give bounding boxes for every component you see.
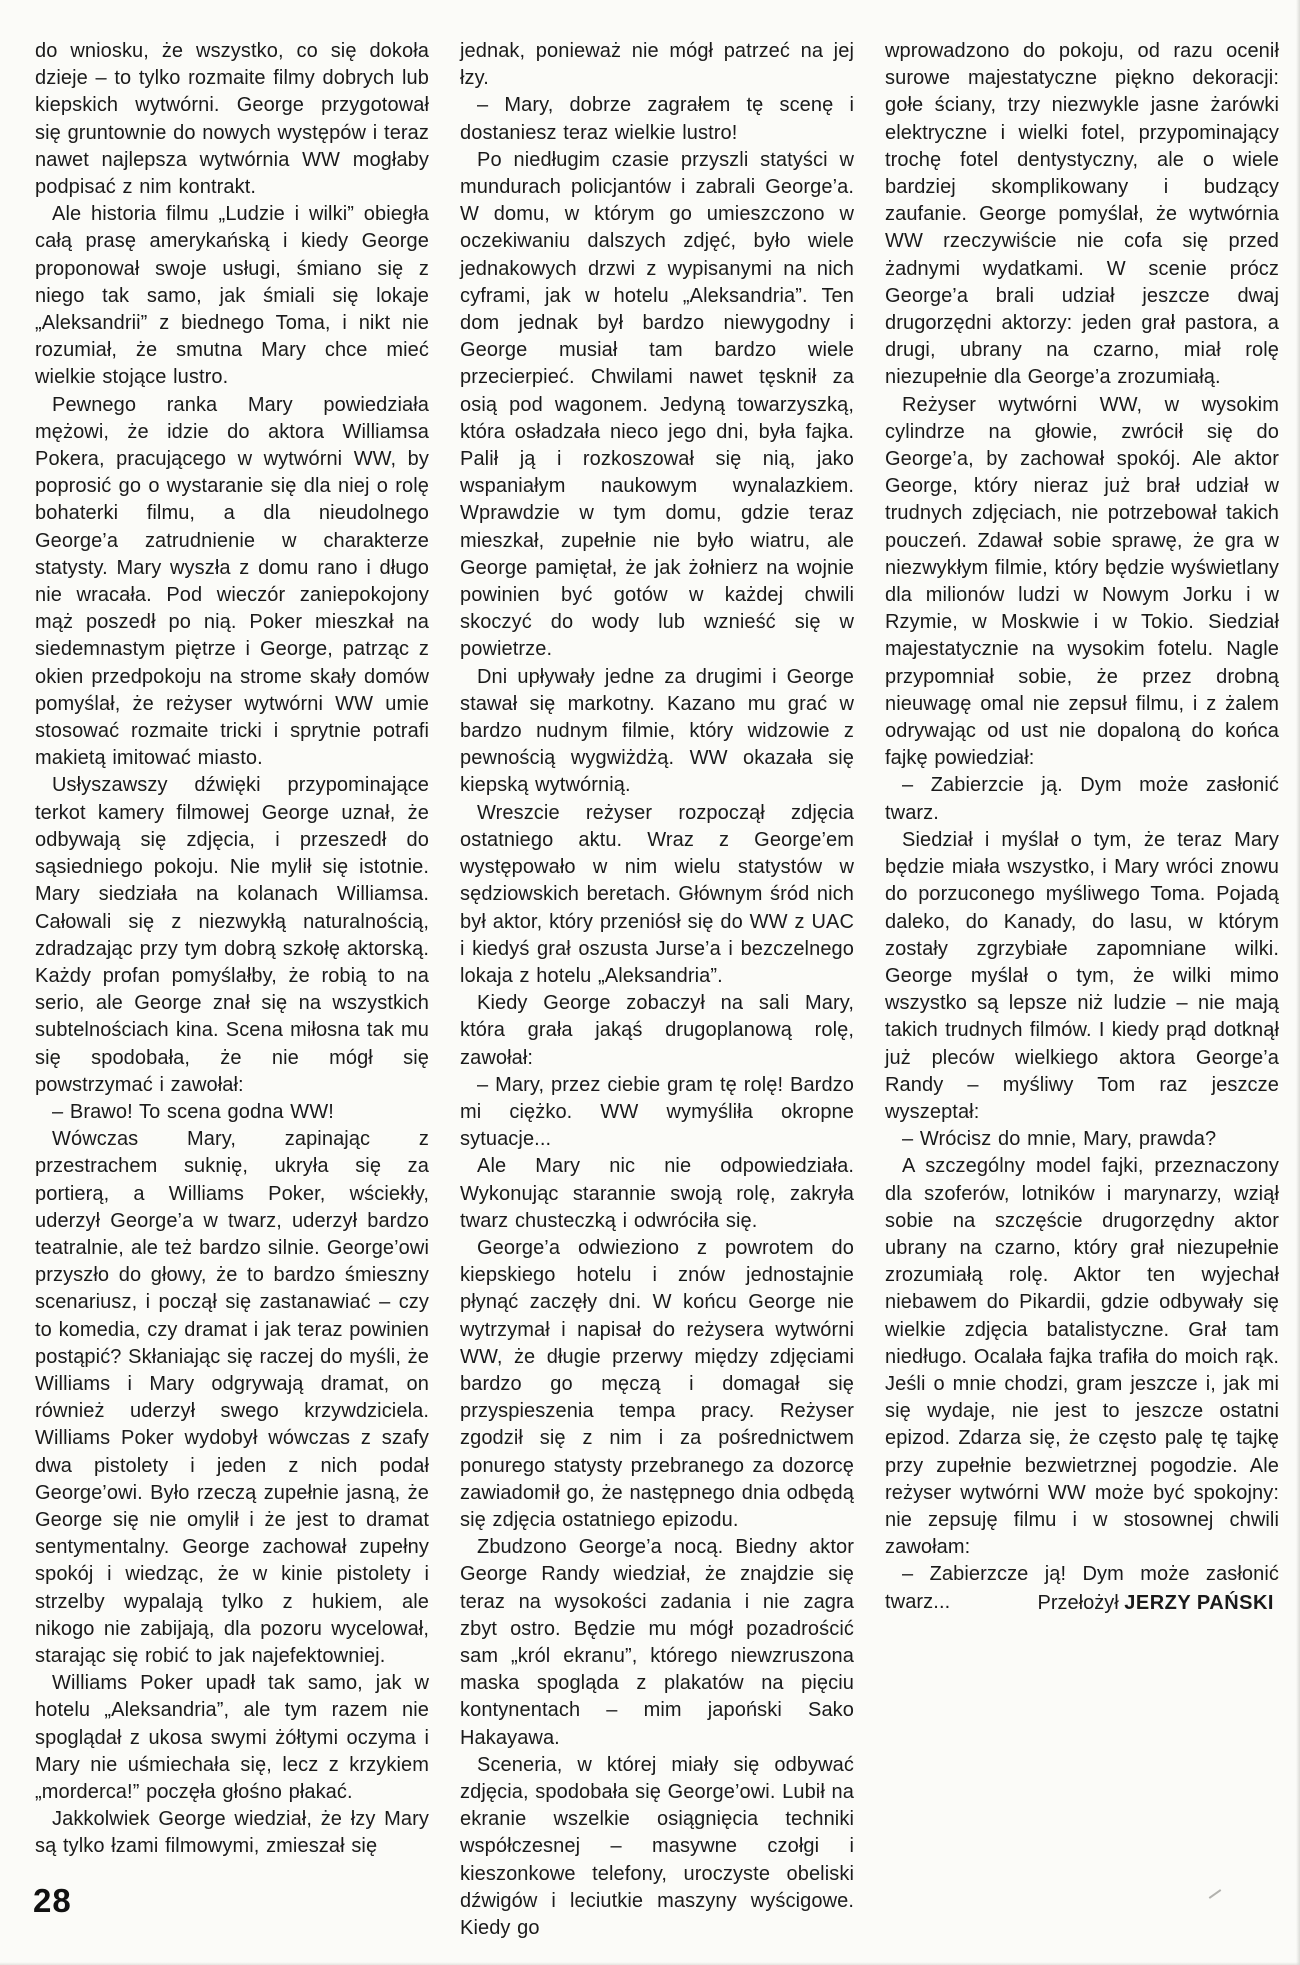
paragraph: jednak, ponieważ nie mógł patrzeć na jej…	[460, 38, 854, 92]
page-edge-shadow-right	[1296, 0, 1300, 1965]
paragraph: Reżyser wytwórni WW, w wysokim cylindrze…	[885, 392, 1279, 773]
paragraph: Ale Mary nic nie odpowiedziała. Wykonują…	[460, 1153, 854, 1235]
paragraph: Usłyszawszy dźwięki przypominające terko…	[35, 772, 429, 1098]
paragraph: Sceneria, w której miały się odbywać zdj…	[460, 1752, 854, 1942]
translator-prefix: Przełożył	[1038, 1592, 1119, 1614]
paragraph: Dni upływały jedne za drugimi i George s…	[460, 664, 854, 800]
paragraph: Pewnego ranka Mary powiedziała mężowi, ż…	[35, 392, 429, 773]
paragraph: do wniosku, że wszystko, co się dokoła d…	[35, 38, 429, 201]
magazine-page: do wniosku, że wszystko, co się dokoła d…	[0, 0, 1300, 1965]
paragraph: Williams Poker upadł tak samo, jak w hot…	[35, 1670, 429, 1806]
paragraph: – Mary, dobrze zagrałem tę scenę i dosta…	[460, 92, 854, 146]
paragraph: – Mary, przez ciebie gram tę rolę! Bardz…	[460, 1072, 854, 1154]
paragraph: – Zabierzcie ją. Dym może zasłonić twarz…	[885, 772, 1279, 826]
paragraph: wprowadzono do pokoju, od razu ocenił su…	[885, 38, 1279, 392]
page-number: 28	[33, 1882, 72, 1920]
paragraph: Ale historia filmu „Ludzie i wilki” obie…	[35, 201, 429, 391]
translator-name: JERZY PAŃSKI	[1124, 1592, 1274, 1614]
translator-line: Przełożył JERZY PAŃSKI	[880, 1592, 1274, 1615]
paragraph: – Wrócisz do mnie, Mary, prawda?	[885, 1126, 1279, 1153]
paragraph: – Brawo! To scena godna WW!	[35, 1099, 429, 1126]
paragraph: Zbudzono George’a nocą. Biedny aktor Geo…	[460, 1534, 854, 1752]
text-column-2: jednak, ponieważ nie mógł patrzeć na jej…	[460, 38, 854, 1942]
paragraph: George’a odwieziono z powrotem do kiepsk…	[460, 1235, 854, 1534]
paragraph: Siedział i myślał o tym, że teraz Mary b…	[885, 827, 1279, 1126]
text-column-3: wprowadzono do pokoju, od razu ocenił su…	[885, 38, 1279, 1942]
paragraph: Wreszcie reżyser rozpoczął zdjęcia ostat…	[460, 800, 854, 990]
paragraph: Wówczas Mary, zapinając z przestrachem s…	[35, 1126, 429, 1670]
text-column-1: do wniosku, że wszystko, co się dokoła d…	[35, 38, 429, 1942]
paragraph: Po niedługim czasie przyszli statyści w …	[460, 147, 854, 664]
paragraph: Kiedy George zobaczył na sali Mary, któr…	[460, 990, 854, 1072]
paragraph: Jakkolwiek George wiedział, że łzy Mary …	[35, 1806, 429, 1860]
paragraph: A szczególny model fajki, przeznaczony d…	[885, 1153, 1279, 1561]
text-columns: do wniosku, że wszystko, co się dokoła d…	[35, 38, 1275, 1942]
